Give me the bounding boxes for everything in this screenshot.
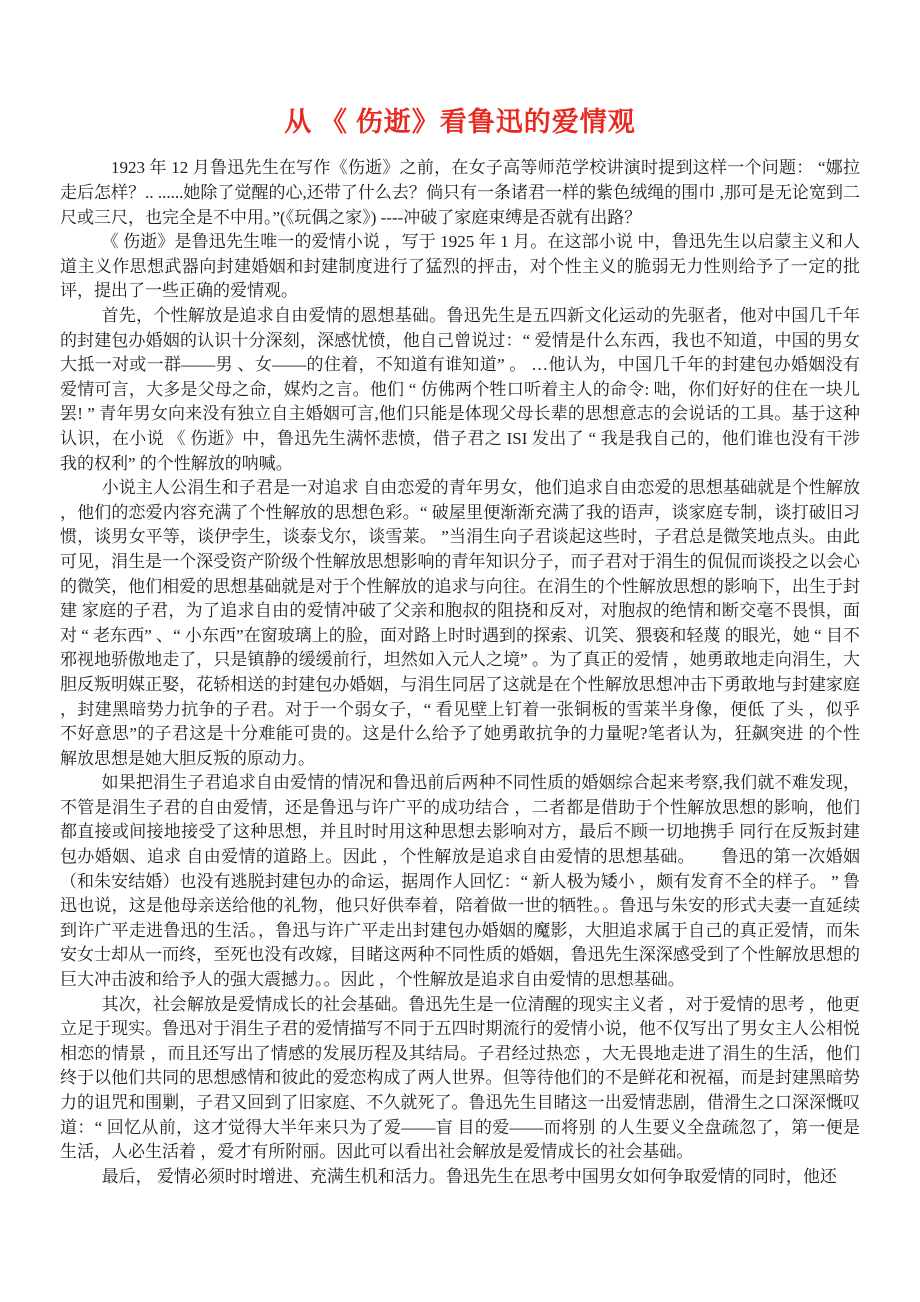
paragraph-first-point-individual-liberation: 首先，个性解放是追求自由爱情的恩想基础。鲁迅先生是五四新文化运动的先驱者，他对中… [60, 304, 860, 476]
paragraph-intro-nora-question: 1923 年 12 月鲁迅先生在写作《伤逝》之前，在女子高等师范学校讲演时提到这… [60, 156, 860, 230]
paragraph-novel-overview: 《 伤逝》是鲁迅先生唯一的爱情小说 ，写于 1925 年 1 月。在这部小说 中… [60, 230, 860, 304]
paragraph-juansheng-zijun-love: 小说主人公涓生和子君是一对追求 自由恋爱的青年男女，他们追求自由恋爱的思想基础就… [60, 476, 860, 771]
document-body: 1923 年 12 月鲁迅先生在写作《伤逝》之前，在女子高等师范学校讲演时提到这… [60, 156, 860, 1189]
document-title: 从 《 伤逝》看鲁迅的爱情观 [60, 104, 860, 140]
document-page: 从 《 伤逝》看鲁迅的爱情观 1923 年 12 月鲁迅先生在写作《伤逝》之前，… [0, 0, 920, 1302]
paragraph-luxun-marriages-comparison: 如果把涓生子君追求自由爱情的情况和鲁迅前后两种不同性质的婚姻综合起来考察,我们就… [60, 771, 860, 992]
paragraph-second-point-social-liberation: 其次，社会解放是爱情成长的社会基础。鲁迅先生是一位清醒的现实主义者 ，对于爱情的… [60, 993, 860, 1165]
paragraph-final-point-love-vitality: 最后， 爱情必须时时增进、充满生机和活力。鲁迅先生在思考中国男女如何争取爱情的同… [60, 1165, 860, 1190]
